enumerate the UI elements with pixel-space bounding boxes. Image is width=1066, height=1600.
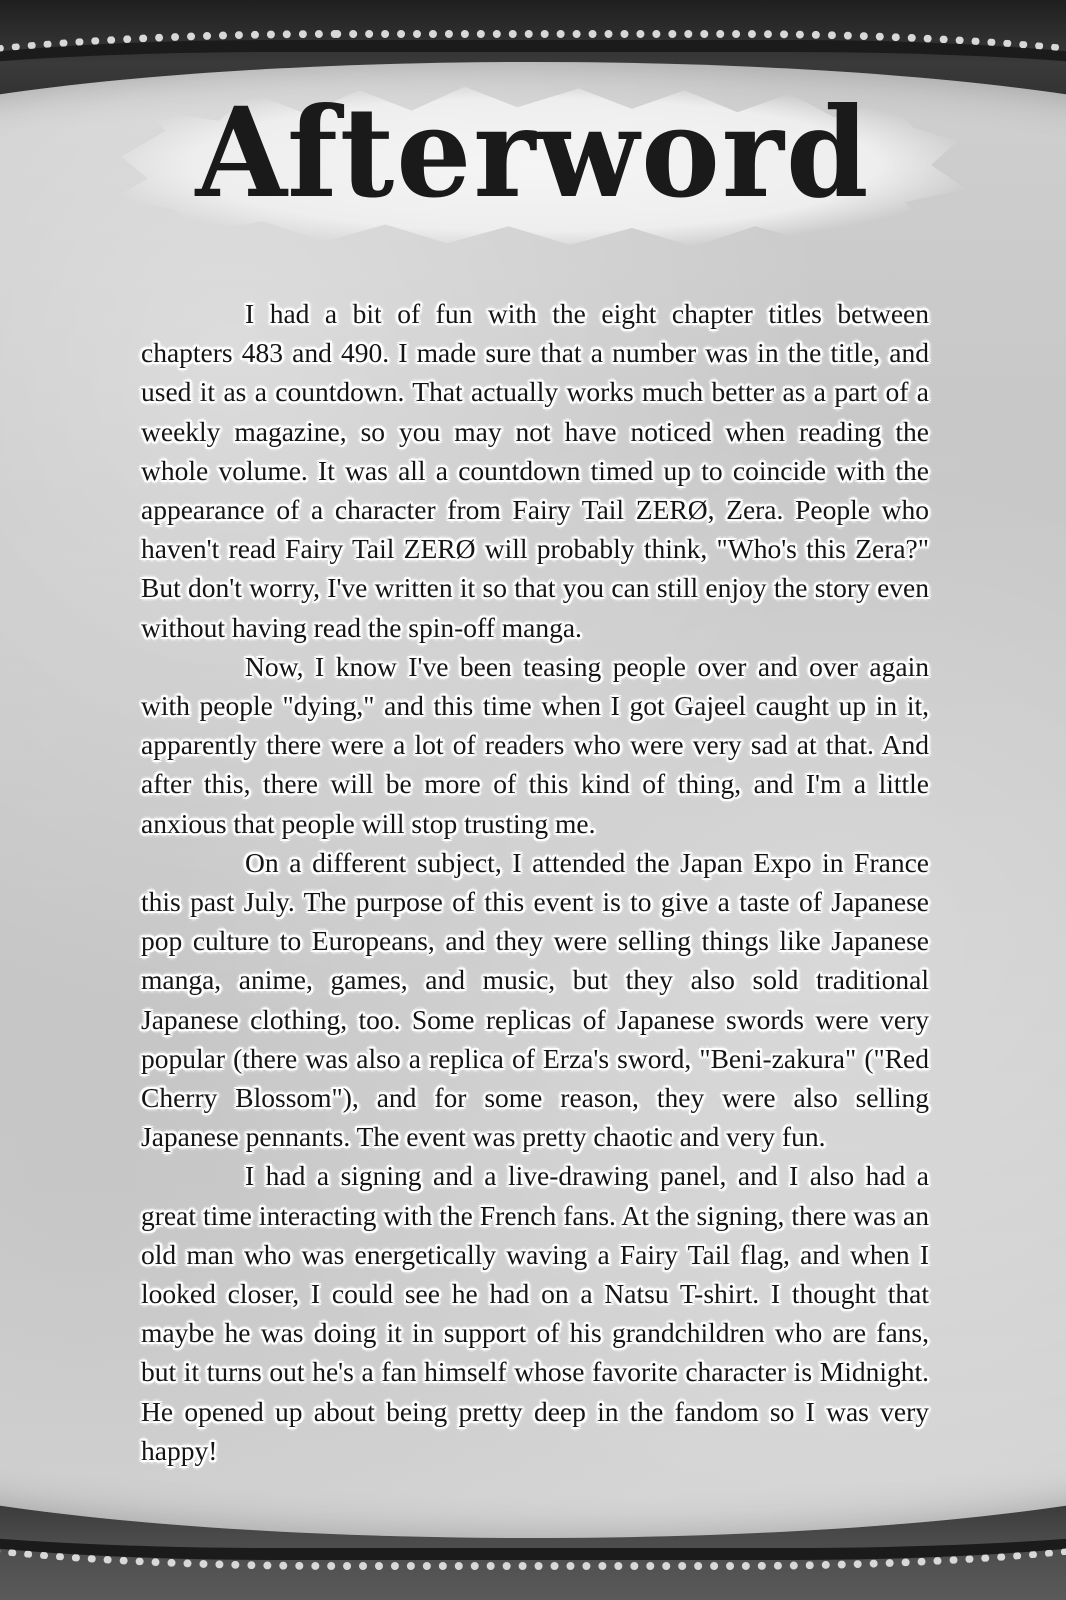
paragraph-3: On a different subject, I attended the J… [141,843,929,1157]
paragraph-2: Now, I know I've been teasing people ove… [141,647,929,843]
paragraph-4: I had a signing and a live-drawing panel… [141,1156,929,1470]
page-title: Afterword [0,78,1066,227]
afterword-page: Afterword I had a bit of fun with the ei… [0,0,1066,1600]
paragraph-1: I had a bit of fun with the eight chapte… [141,294,929,647]
afterword-body: I had a bit of fun with the eight chapte… [141,294,929,1470]
